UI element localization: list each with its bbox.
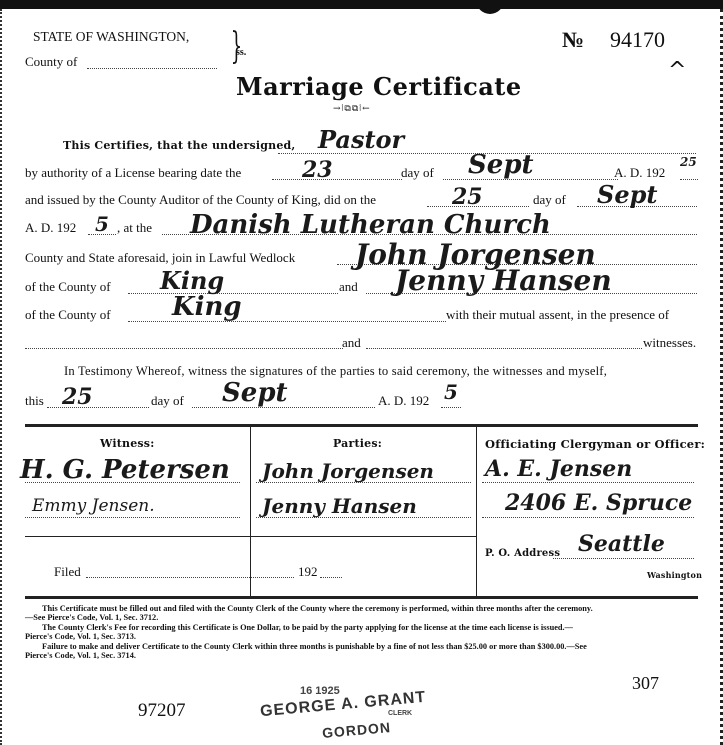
notice-penalty-ref: Pierce's Code, Vol. 1, Sec. 3714.	[25, 651, 136, 661]
stamp-date: 16 1925	[300, 685, 340, 697]
at-the-label: , at the	[117, 220, 152, 236]
po-city: Seattle	[578, 531, 665, 557]
filed-year-label: 192	[298, 564, 318, 580]
license-month: Sept	[468, 150, 534, 180]
filed-divider	[25, 536, 476, 537]
testimony-year: 5	[444, 380, 458, 404]
officer-address: 2406 E. Spruce	[505, 490, 692, 516]
parties-header: Parties:	[333, 437, 382, 450]
certifies-label: This Certifies, that the undersigned,	[63, 139, 295, 152]
ss-label: ss.	[236, 47, 246, 58]
scan-top-border	[0, 0, 723, 9]
join-label: County and State aforesaid, join in Lawf…	[25, 250, 295, 266]
section-divider	[25, 424, 698, 427]
and-label-2: and	[342, 335, 361, 351]
footer-divider	[25, 596, 698, 599]
state-label: Washington	[647, 570, 702, 580]
bride-county: King	[172, 292, 242, 322]
witness-blank-1	[25, 348, 343, 349]
witness-line-2	[25, 517, 240, 518]
county-blank	[87, 68, 217, 69]
title-ornament: →⦚⧉⧉⦚←	[333, 104, 371, 114]
perforated-right-edge	[717, 9, 723, 745]
filed-label: Filed	[54, 564, 81, 580]
filed-date-blank	[86, 577, 294, 578]
officer-signature: A. E. Jensen	[485, 456, 632, 482]
ceremony-year: 5	[95, 212, 109, 236]
notice-fee-ref: Pierce's Code, Vol. 1, Sec. 3713.	[25, 632, 136, 642]
license-year-blank	[680, 179, 698, 180]
stamp-deputy-name: GORDON	[321, 719, 391, 741]
stamp-clerk-title: CLERK	[388, 710, 412, 717]
cert-number-label: №	[562, 27, 584, 53]
and-label: and	[339, 279, 358, 295]
license-date-label: by authority of a License bearing date t…	[25, 165, 241, 181]
county-label: County of	[25, 54, 77, 70]
ceremony-month: Sept	[597, 180, 657, 209]
scan-punch-hole	[476, 0, 504, 14]
po-address-label: P. O. Address	[485, 548, 560, 559]
officer-line-2	[482, 517, 694, 518]
state-heading: STATE OF WASHINGTON,	[33, 29, 189, 45]
ceremony-place: Danish Lutheran Church	[190, 210, 551, 240]
groom-county: King	[160, 266, 224, 295]
groom-county-label: of the County of	[25, 279, 111, 295]
party-signature-bride: Jenny Hansen	[262, 494, 417, 518]
notice-filing-ref: —See Pierce's Code, Vol. 1, Sec. 3712.	[25, 613, 158, 623]
page-title: Marriage Certificate	[236, 72, 522, 101]
dayof-label-3: day of	[151, 393, 184, 409]
file-number: 97207	[138, 700, 186, 722]
license-day: 23	[302, 157, 333, 183]
witness-signature-2: Emmy Jensen.	[32, 496, 155, 516]
handwritten-mark: ^	[668, 58, 686, 83]
cert-number: 94170	[610, 27, 665, 53]
po-address-blank	[553, 558, 694, 559]
filed-year-blank	[320, 577, 342, 578]
witnesses-label: witnesses.	[643, 335, 696, 351]
witness-blank-2	[366, 348, 642, 349]
this-label: this	[25, 393, 44, 409]
mutual-assent-label: with their mutual assent, in the presenc…	[446, 307, 669, 323]
witness-signature-1: H. G. Petersen	[20, 455, 230, 485]
license-day-blank	[272, 179, 402, 180]
ceremony-day: 25	[452, 184, 483, 210]
issued-label: and issued by the County Auditor of the …	[25, 192, 376, 208]
testimony-text: In Testimony Whereof, witness the signat…	[64, 364, 607, 379]
ceremony-ad-label: A. D. 192	[25, 220, 76, 236]
testimony-month: Sept	[222, 378, 288, 408]
column-divider-2	[476, 426, 477, 598]
bride-county-label: of the County of	[25, 307, 111, 323]
witness-header: Witness:	[100, 437, 154, 450]
page-number: 307	[632, 673, 659, 694]
officiant-title-value: Pastor	[318, 125, 404, 154]
dayof-label: day of	[401, 165, 434, 181]
bride-name: Jenny Hansen	[395, 264, 612, 297]
dayof-label-2: day of	[533, 192, 566, 208]
testimony-ad-label: A. D. 192	[378, 393, 429, 409]
column-divider-1	[250, 426, 251, 598]
license-ad-label: A. D. 192	[614, 165, 665, 181]
testimony-day: 25	[62, 384, 93, 410]
testimony-year-blank	[441, 407, 461, 408]
perforated-left-edge	[0, 9, 5, 745]
officer-line-1	[482, 482, 694, 483]
party-signature-groom: John Jorgensen	[262, 459, 434, 483]
license-year: 25	[680, 155, 697, 169]
officer-header: Officiating Clergyman or Officer:	[485, 437, 705, 451]
